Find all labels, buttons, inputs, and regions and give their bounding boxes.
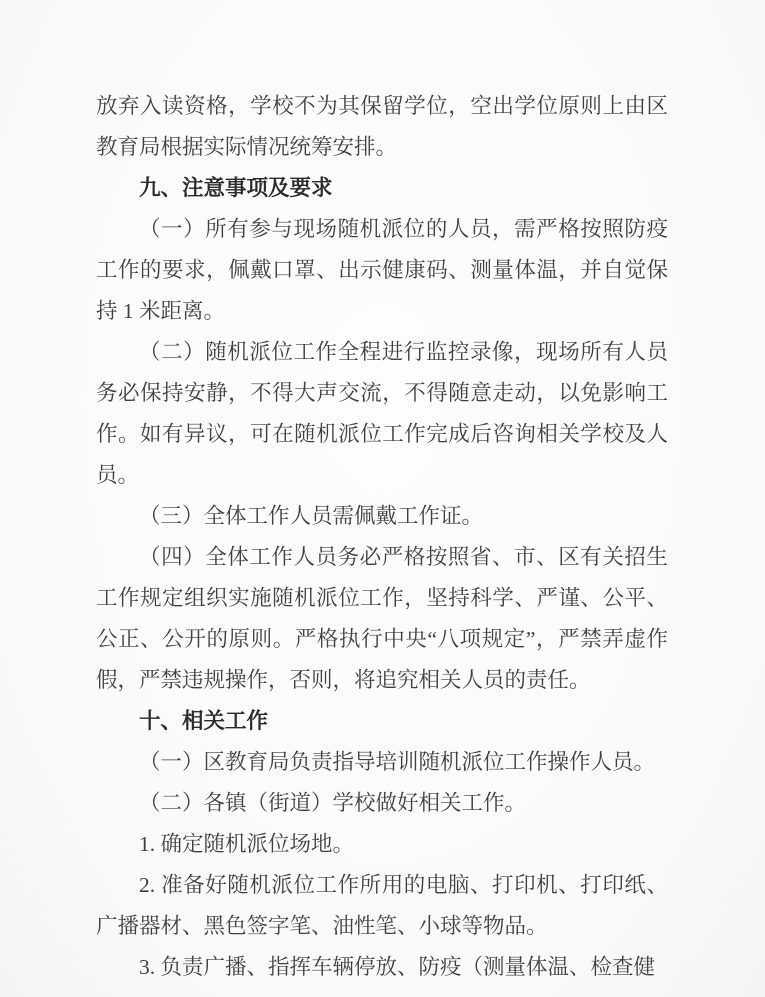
section-heading-9-notes-and-requirements: 九、注意事项及要求 bbox=[96, 168, 668, 209]
section-heading-10-related-work: 十、相关工作 bbox=[96, 701, 668, 742]
paragraph-continuation-prev-page: 放弃入读资格，学校不为其保留学位，空出学位原则上由区教育局根据实际情况统筹安排。 bbox=[96, 86, 668, 168]
paragraph-item-2-town-schools: （二）各镇（街道）学校做好相关工作。 bbox=[96, 783, 668, 824]
document-page: 放弃入读资格，学校不为其保留学位，空出学位原则上由区教育局根据实际情况统筹安排。… bbox=[0, 0, 765, 997]
paragraph-item-4-regulations: （四）全体工作人员务必严格按照省、市、区有关招生工作规定组织实施随机派位工作，坚… bbox=[96, 537, 668, 701]
paragraph-subitem-1-venue: 1. 确定随机派位场地。 bbox=[96, 824, 668, 865]
paragraph-item-2-monitoring-quiet: （二）随机派位工作全程进行监控录像，现场所有人员务必保持安静，不得大声交流，不得… bbox=[96, 332, 668, 496]
paragraph-subitem-2-equipment: 2. 准备好随机派位工作所用的电脑、打印机、打印纸、广播器材、黑色签字笔、油性笔… bbox=[96, 865, 668, 947]
text-column: 放弃入读资格，学校不为其保留学位，空出学位原则上由区教育局根据实际情况统筹安排。… bbox=[96, 86, 668, 988]
paragraph-subitem-3-broadcast-clipped: 3. 负责广播、指挥车辆停放、防疫（测量体温、检查健 bbox=[96, 947, 668, 988]
paragraph-item-3-work-badge: （三）全体工作人员需佩戴工作证。 bbox=[96, 496, 668, 537]
paragraph-item-1-epidemic-rules: （一）所有参与现场随机派位的人员，需严格按照防疫工作的要求，佩戴口罩、出示健康码… bbox=[96, 209, 668, 332]
paragraph-item-1-training: （一）区教育局负责指导培训随机派位工作操作人员。 bbox=[96, 742, 668, 783]
